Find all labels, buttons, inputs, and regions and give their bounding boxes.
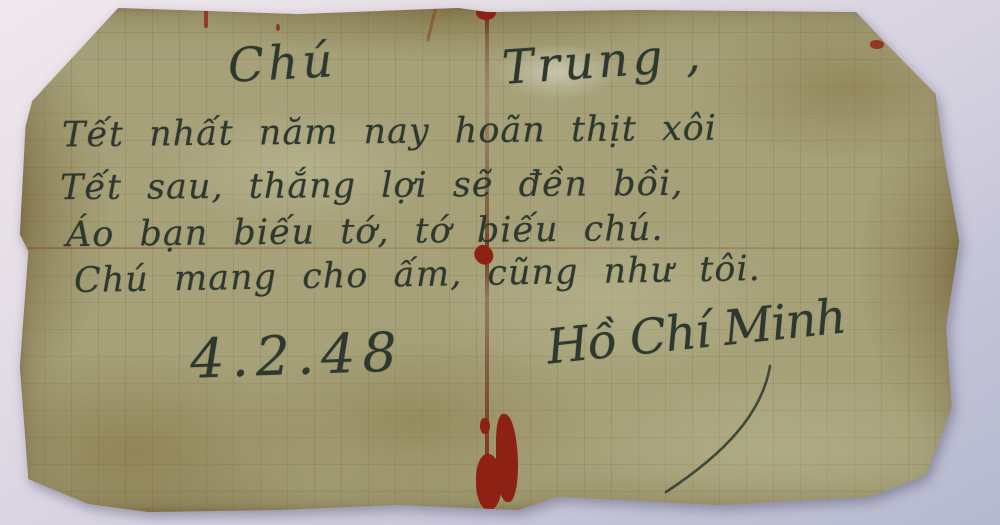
aged-paper-note: Chú Trung , Tết nhất năm nay hoãn thịt x… xyxy=(18,6,963,512)
red-backing-patch xyxy=(496,414,518,502)
red-seal-mark-lower xyxy=(480,418,490,434)
poem-line-1: Tết nhất năm nay hoãn thịt xôi xyxy=(62,109,717,156)
paper-sheet: Chú Trung , Tết nhất năm nay hoãn thịt x… xyxy=(18,6,963,512)
red-speck-top-left xyxy=(276,24,280,31)
photo-of-handwritten-note: Chú Trung , Tết nhất năm nay hoãn thịt x… xyxy=(0,0,1000,525)
salutation-word-trung: Trung , xyxy=(500,27,706,96)
poem-line-4: Chú mang cho ấm, cũng như tôi. xyxy=(74,249,761,301)
signature: Hồ Chí Minh xyxy=(544,288,848,375)
poem-line-3: Áo bạn biếu tớ, tớ biếu chú. xyxy=(66,209,664,255)
brown-streak xyxy=(426,8,437,42)
salutation-word-chu: Chú xyxy=(227,33,338,94)
red-seal-mark-top xyxy=(476,4,496,20)
red-mark-top-right xyxy=(870,40,884,49)
red-streak-top-edge xyxy=(204,6,208,28)
poem-line-2: Tết sau, thắng lợi sẽ đền bồi, xyxy=(60,164,684,208)
date: 4.2.48 xyxy=(189,320,405,390)
